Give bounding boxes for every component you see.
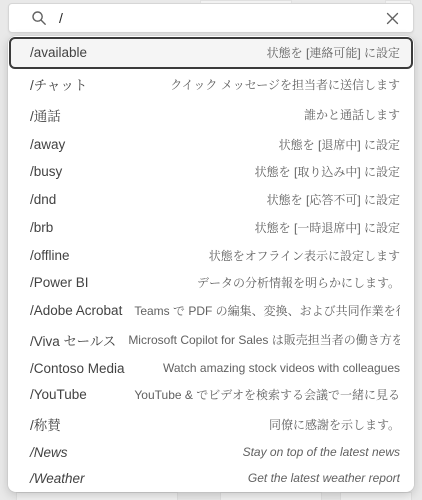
command-name: /Viva セールス <box>30 330 116 350</box>
command-description: Teams で PDF の編集、変換、および共同作業を行えば、より... <box>134 302 400 319</box>
command-name: /Weather <box>30 471 85 486</box>
command-name: /away <box>30 137 65 152</box>
background-hint <box>16 492 178 500</box>
command-name: /Adobe Acrobat <box>30 303 122 318</box>
command-description: 状態を [退席中] に設定 <box>279 136 400 153</box>
list-item[interactable]: /NewsStay on top of the latest news <box>8 440 414 466</box>
command-name: /brb <box>30 220 53 235</box>
list-item[interactable]: /通話誰かと通話します <box>8 100 414 131</box>
list-item[interactable]: /offline状態をオフライン表示に設定します <box>8 241 414 269</box>
command-description: データの分析情報を明らかにします。 <box>197 274 400 291</box>
command-description: 状態を [一時退席中] に設定 <box>255 219 400 236</box>
command-description: 状態を [応答不可] に設定 <box>267 191 400 208</box>
list-item[interactable]: /WeatherGet the latest weather report <box>8 465 414 491</box>
command-description: YouTube & でビデオを検索する会議で一緒に見る <box>134 386 400 403</box>
list-item[interactable]: /available状態を [連絡可能] に設定 <box>9 37 413 69</box>
command-name: /YouTube <box>30 387 87 402</box>
list-item[interactable]: /チャットクイック メッセージを担当者に送信します <box>8 69 414 100</box>
command-name: /busy <box>30 164 62 179</box>
list-item[interactable]: /Power BIデータの分析情報を明らかにします。 <box>8 269 414 297</box>
list-item[interactable]: /busy状態を [取り込み中] に設定 <box>8 158 414 186</box>
command-name: /offline <box>30 248 70 263</box>
list-item[interactable]: /Viva セールスMicrosoft Copilot for Sales は販… <box>8 325 414 356</box>
background-hint <box>220 492 322 500</box>
command-name: /チャット <box>30 74 87 94</box>
command-list: /available状態を [連絡可能] に設定/チャットクイック メッセージを… <box>8 36 414 492</box>
command-description: Watch amazing stock videos with colleagu… <box>163 361 400 375</box>
command-description: クイック メッセージを担当者に送信します <box>170 76 400 93</box>
command-name: /dnd <box>30 192 56 207</box>
command-description: Get the latest weather report <box>248 471 400 485</box>
command-description: 状態を [取り込み中] に設定 <box>255 163 400 180</box>
close-icon[interactable] <box>385 11 400 26</box>
command-description: 状態を [連絡可能] に設定 <box>267 44 400 61</box>
command-description: 同僚に感謝を示します。 <box>269 416 400 433</box>
background-hint <box>340 492 412 500</box>
list-item[interactable]: /away状態を [退席中] に設定 <box>8 130 414 158</box>
search-icon <box>31 10 47 26</box>
list-item[interactable]: /brb状態を [一時退席中] に設定 <box>8 214 414 242</box>
command-description: Stay on top of the latest news <box>243 445 400 459</box>
list-item[interactable]: /YouTubeYouTube & でビデオを検索する会議で一緒に見る <box>8 381 414 409</box>
command-name: /available <box>30 45 87 60</box>
list-item[interactable]: /Contoso MediaWatch amazing stock videos… <box>8 355 414 381</box>
search-input[interactable] <box>59 10 385 26</box>
command-description: Microsoft Copilot for Sales は販売担当者の働き方を再… <box>128 331 400 348</box>
list-item[interactable]: /Adobe AcrobatTeams で PDF の編集、変換、および共同作業… <box>8 297 414 325</box>
search-bar <box>8 3 414 33</box>
command-name: /Contoso Media <box>30 361 125 376</box>
list-item[interactable]: /dnd状態を [応答不可] に設定 <box>8 186 414 214</box>
command-name: /News <box>30 445 68 460</box>
list-item[interactable]: /称賛同僚に感謝を示します。 <box>8 409 414 440</box>
command-description: 状態をオフライン表示に設定します <box>209 247 400 264</box>
command-description: 誰かと通話します <box>304 106 400 123</box>
command-name: /称賛 <box>30 414 61 434</box>
command-name: /Power BI <box>30 275 89 290</box>
command-name: /通話 <box>30 105 61 125</box>
